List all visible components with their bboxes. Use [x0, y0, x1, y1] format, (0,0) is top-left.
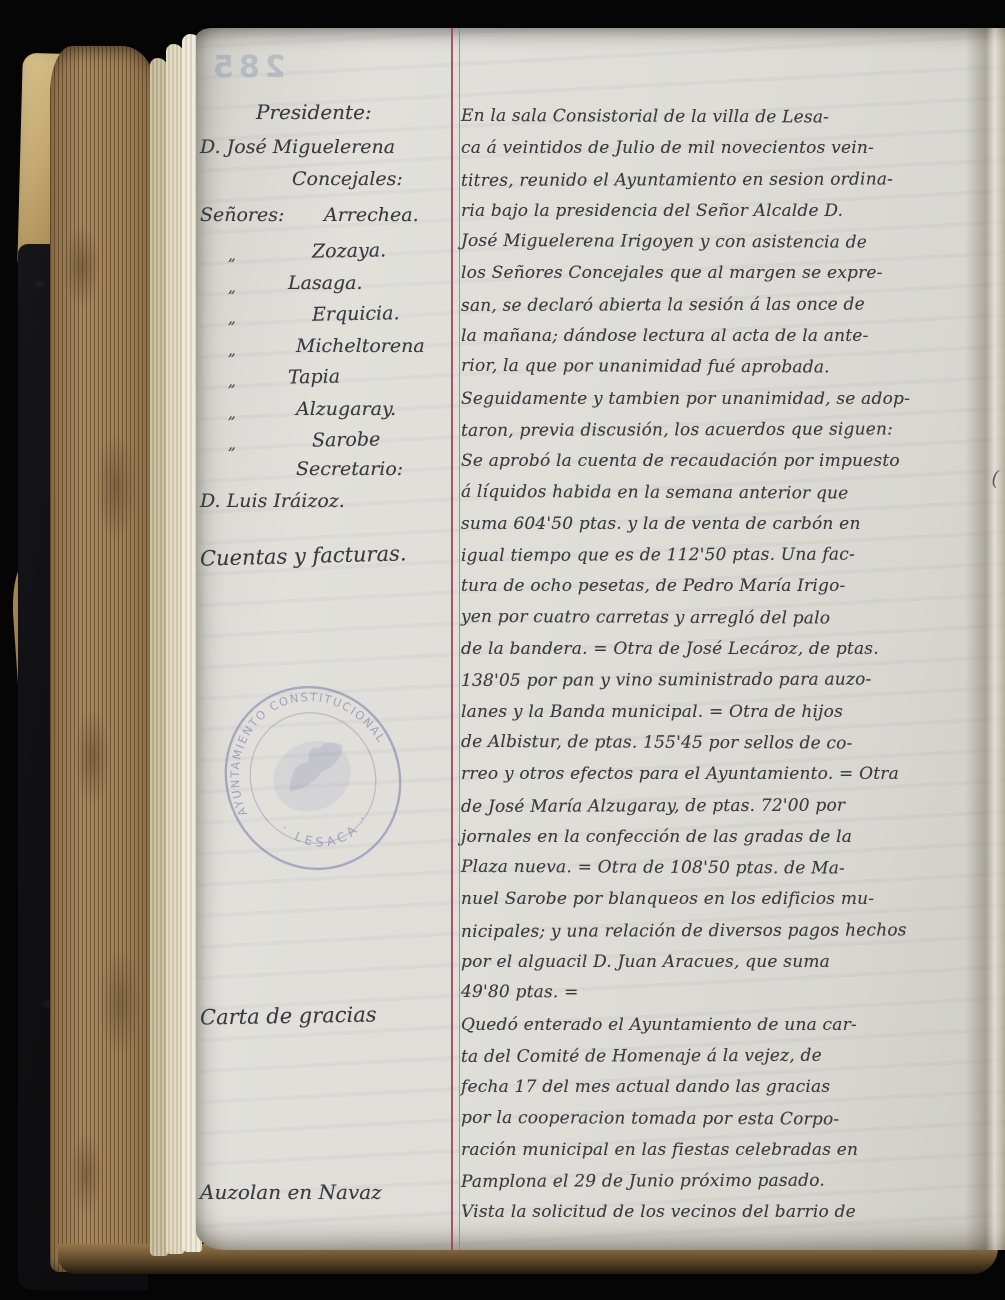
- margin-presidente-label: Presidente:: [256, 100, 372, 124]
- official-oval-stamp: AYUNTAMIENTO CONSTITUCIONAL DE · LESACA …: [186, 649, 439, 907]
- ditto-mark: „: [228, 246, 236, 264]
- margin-note-cuentas: Cuentas y facturas.: [200, 541, 407, 570]
- margin-concejal-name: Sarobe: [312, 428, 381, 451]
- manuscript-line: suma 604'50 ptas. y la de venta de carbó…: [461, 509, 997, 540]
- margin-concejal-name: Tapia: [288, 366, 340, 389]
- margin-presidente-name: D. José Miguelerena: [200, 136, 395, 158]
- margin-concejal-name: Erquicia.: [312, 302, 400, 326]
- manuscript-line: Quedó enterado el Ayuntamiento de una ca…: [461, 1010, 997, 1041]
- manuscript-line: rreo y otros efectos para el Ayuntamient…: [461, 759, 997, 790]
- manuscript-line: yen por cuatro carretas y arregló del pa…: [461, 602, 997, 636]
- manuscript-line: Se aprobó la cuenta de recaudación por i…: [461, 446, 997, 477]
- folio-number-bleedthrough: 285: [208, 50, 286, 85]
- manuscript-line: 49'80 ptas. =: [461, 977, 997, 1011]
- margin-concejal-row: „ Lasaga.: [200, 272, 452, 304]
- manuscript-line: ria bajo la presidencia del Señor Alcald…: [461, 196, 997, 227]
- manuscript-line: rior, la que por unanimidad fué aprobada…: [461, 351, 997, 385]
- manuscript-line: Pamplona el 29 de Junio próximo pasado.: [461, 1165, 997, 1198]
- manuscript-page: 285 Presidente: D. José Miguelerena Conc…: [196, 28, 1005, 1250]
- manuscript-photo: 285 Presidente: D. José Miguelerena Conc…: [0, 0, 1005, 1300]
- margin-concejal-list: „ Zozaya. „ Lasaga. „ Erquicia. „ Michel…: [200, 240, 452, 461]
- margin-secretario-label: Secretario:: [296, 458, 403, 480]
- manuscript-line: ración municipal en las fiestas celebrad…: [461, 1135, 997, 1166]
- ditto-mark: „: [228, 278, 236, 296]
- margin-concejal-name: Alzugaray.: [296, 398, 396, 420]
- manuscript-line: titres, reunido el Ayuntamiento en sesio…: [461, 164, 997, 197]
- margin-concejal-name: Arrechea.: [324, 204, 419, 226]
- margin-concejal-name: Zozaya.: [312, 239, 386, 262]
- manuscript-line: á líquidos habida en la semana anterior …: [461, 476, 997, 510]
- manuscript-line: 138'05 por pan y vino suministrado para …: [461, 664, 997, 697]
- manuscript-line: Seguidamente y tambien por unanimidad, s…: [461, 384, 997, 415]
- margin-note-auzolan: Auzolan en Navaz: [200, 1180, 382, 1204]
- manuscript-line: la mañana; dándose lectura al acta de la…: [461, 321, 997, 352]
- body-text-column: En la sala Consistorial de la villa de L…: [461, 102, 997, 1229]
- manuscript-line: Plaza nueva. = Otra de 108'50 ptas. de M…: [461, 852, 997, 886]
- manuscript-line: los Señores Concejales que al margen se …: [461, 258, 997, 289]
- manuscript-line: igual tiempo que es de 112'50 ptas. Una …: [461, 539, 997, 572]
- book-fore-edge-pages: [50, 46, 156, 1272]
- next-page-ink-mark: (: [991, 468, 999, 488]
- ditto-mark: „: [228, 309, 236, 327]
- manuscript-line: tura de ocho pesetas, de Pedro María Iri…: [461, 571, 997, 602]
- manuscript-line: de José María Alzugaray, de ptas. 72'00 …: [461, 790, 997, 823]
- manuscript-line: jornales en la confección de las gradas …: [461, 822, 997, 853]
- manuscript-line: por el alguacil D. Juan Aracues, que sum…: [461, 947, 997, 978]
- manuscript-line: por la cooperacion tomada por esta Corpo…: [461, 1102, 997, 1136]
- margin-note-carta-de-gracias: Carta de gracias: [200, 1002, 377, 1029]
- ditto-mark: „: [228, 404, 236, 422]
- ditto-mark: „: [228, 372, 236, 390]
- manuscript-line: san, se declaró abierta la sesión á las …: [461, 289, 997, 322]
- manuscript-line: nuel Sarobe por blanqueos en los edifici…: [461, 884, 997, 915]
- margin-concejal-name: Lasaga.: [288, 272, 363, 294]
- margin-concejal-row: „ Micheltorena: [200, 335, 452, 367]
- ditto-mark: „: [228, 435, 236, 453]
- manuscript-line: nicipales; y una relación de diversos pa…: [461, 915, 997, 948]
- manuscript-line: lanes y la Banda municipal. = Otra de hi…: [461, 697, 997, 728]
- manuscript-line: taron, previa discusión, los acuerdos qu…: [461, 414, 997, 447]
- manuscript-line: ca á veintidos de Julio de mil novecient…: [461, 133, 997, 164]
- margin-concejales-label: Concejales:: [292, 168, 403, 190]
- margin-concejal-row: „ Tapia: [200, 366, 452, 398]
- manuscript-line: de Albistur, de ptas. 155'45 por sellos …: [461, 727, 997, 761]
- manuscript-line: ta del Comité de Homenaje á la vejez, de: [461, 1040, 997, 1073]
- manuscript-line: de la bandera. = Otra de José Lecároz, d…: [461, 634, 997, 665]
- manuscript-line: José Miguelerena Irigoyen y con asistenc…: [461, 226, 997, 260]
- margin-concejal-row: „ Erquicia.: [200, 303, 452, 335]
- manuscript-line: Vista la solicitud de los vecinos del ba…: [461, 1197, 997, 1228]
- ditto-mark: „: [228, 341, 236, 359]
- manuscript-line: fecha 17 del mes actual dando las gracia…: [461, 1072, 997, 1103]
- margin-secretario-name: D. Luis Iráizoz.: [200, 490, 345, 512]
- margin-concejal-row: „ Sarobe: [200, 429, 452, 461]
- margin-concejal-row: „ Zozaya.: [200, 240, 452, 272]
- margin-concejal-row: „ Alzugaray.: [200, 398, 452, 430]
- manuscript-line: En la sala Consistorial de la villa de L…: [461, 101, 997, 135]
- margin-concejal-name: Micheltorena: [296, 335, 425, 357]
- margin-senores-label: Señores:: [200, 204, 284, 226]
- margin-rule-red-lines: [451, 28, 460, 1250]
